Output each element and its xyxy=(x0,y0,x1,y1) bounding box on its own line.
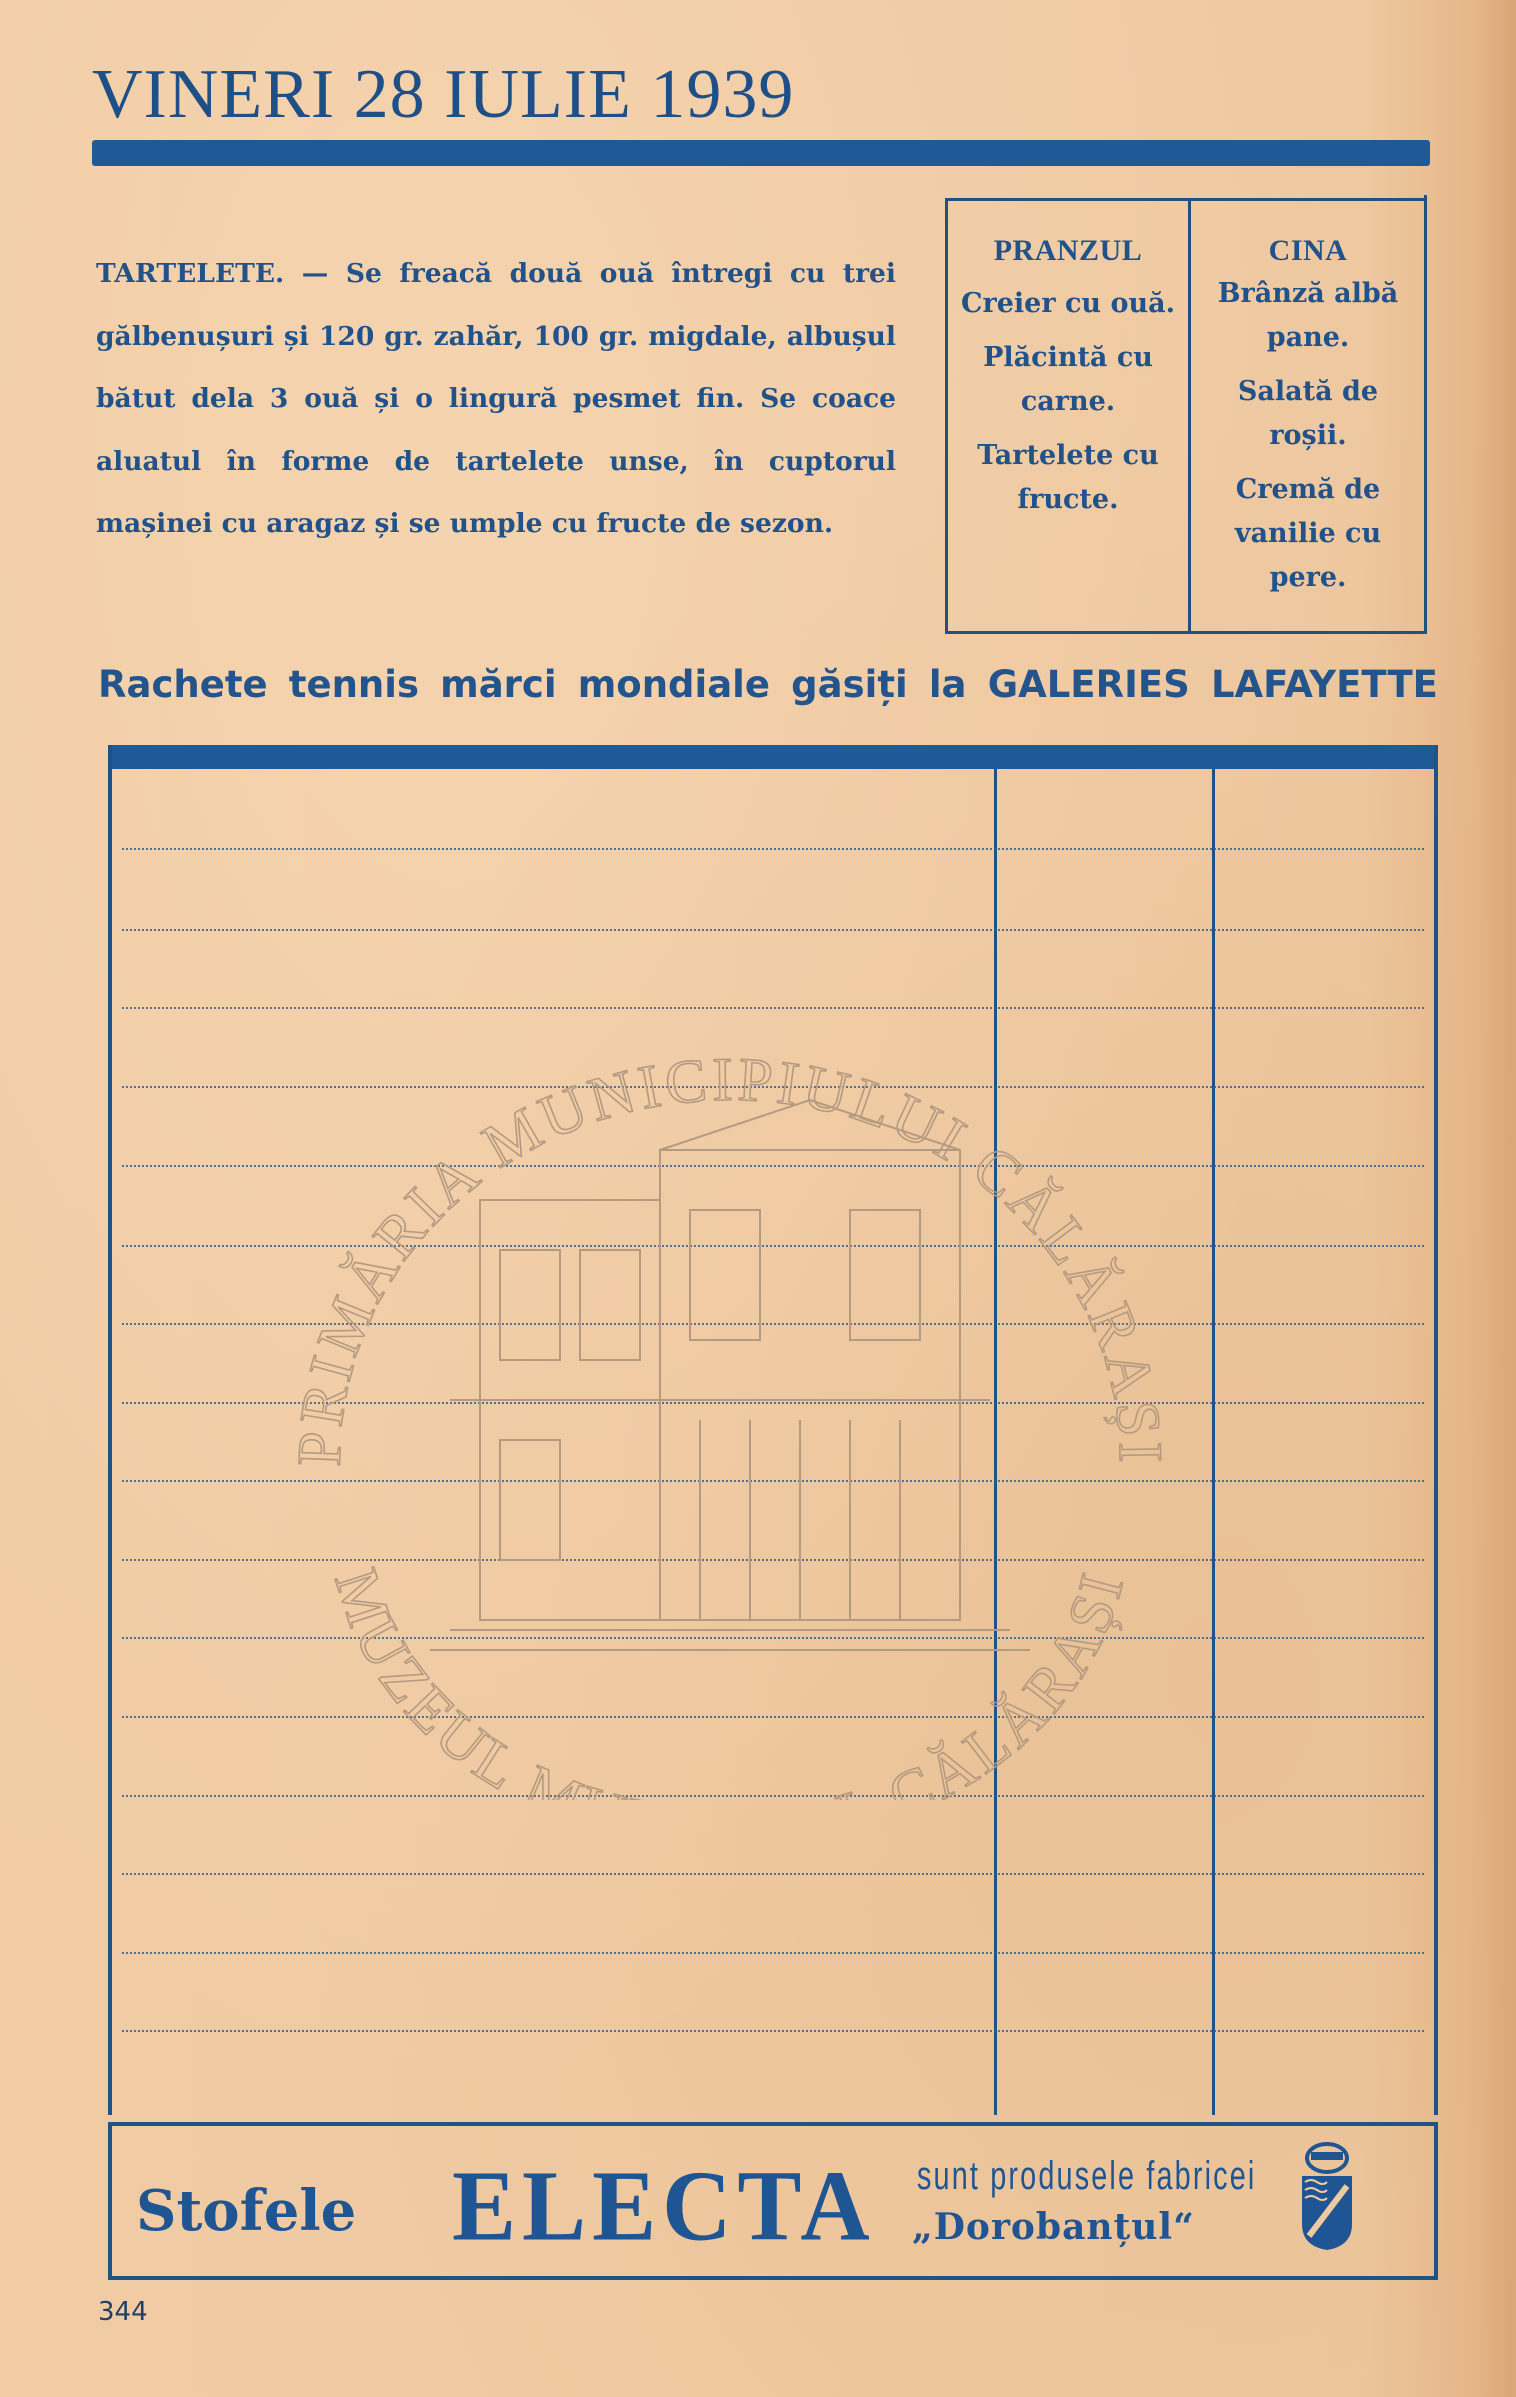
ad-word: mondiale xyxy=(578,663,770,706)
ad-brand-electa: ELECTA xyxy=(452,2147,876,2264)
ad-word: GALERIES xyxy=(988,663,1190,706)
seal-top-text: PRIMĂRIA MUNICIPIULUI CĂLĂRAȘI xyxy=(286,1046,1175,1468)
writing-line[interactable] xyxy=(122,848,1424,850)
ad-word: Rachete xyxy=(98,663,268,706)
menu-dinner-item: Brânză albă pane. xyxy=(1195,272,1421,360)
ad-word: găsiți xyxy=(791,663,908,706)
menu-lunch-item: Creier cu ouă. xyxy=(951,282,1185,326)
writing-line[interactable] xyxy=(122,1873,1424,1875)
ruled-table-header-bar xyxy=(112,745,1434,769)
column-divider xyxy=(1212,769,1215,2115)
page-number: 344 xyxy=(98,2297,148,2327)
galeries-lafayette-ad: Rachete tennis mărci mondiale găsiți la … xyxy=(98,663,1438,706)
menu-dinner-item: Cremă de vanilie cu pere. xyxy=(1195,468,1421,600)
menu-dinner-item: Salată de roșii. xyxy=(1195,370,1421,458)
menu-divider-left xyxy=(945,201,948,631)
ad-word: LAFAYETTE xyxy=(1211,663,1438,706)
menu-lunch-item: Plăcintă cu carne. xyxy=(951,336,1185,424)
menu-divider-right xyxy=(1424,195,1427,631)
recipe-text: TARTELETE. — Se freacă două ouă întregi … xyxy=(96,243,896,556)
menu-lunch-column: PRANZUL Creier cu ouă. Plăcintă cu carne… xyxy=(951,234,1185,532)
seal-bottom-text: MUZEUL MUNICIPAL CĂLĂRAȘI xyxy=(321,1561,1138,1800)
ad-factory-name: „Dorobanțul“ xyxy=(912,2206,1195,2248)
ad-tagline: sunt produsele fabricei xyxy=(917,2154,1256,2199)
menu-box: PRANZUL Creier cu ouă. Plăcintă cu carne… xyxy=(945,198,1427,634)
menu-dinner-column: CINA Brânză albă pane. Salată de roșii. … xyxy=(1195,234,1421,610)
ad-word: mărci xyxy=(440,663,556,706)
embossed-seal: PRIMĂRIA MUNICIPIULUI CĂLĂRAȘI MUZEUL MU… xyxy=(250,1040,1210,1800)
page-date-title: VINERI 28 IULIE 1939 xyxy=(92,55,794,135)
ad-word: tennis xyxy=(289,663,419,706)
ad-stofele-label: Stofele xyxy=(136,2178,356,2244)
menu-dinner-heading: CINA xyxy=(1195,234,1421,268)
menu-divider-middle xyxy=(1188,201,1191,631)
writing-line[interactable] xyxy=(122,1952,1424,1954)
writing-line[interactable] xyxy=(122,1007,1424,1009)
electa-ad-box: Stofele ELECTA sunt produsele fabricei „… xyxy=(108,2122,1438,2280)
menu-lunch-heading: PRANZUL xyxy=(951,234,1185,268)
title-underline-bar xyxy=(92,140,1430,166)
menu-lunch-item: Tartelete cu fructe. xyxy=(951,434,1185,522)
building-emboss-icon xyxy=(430,1100,1030,1650)
writing-line[interactable] xyxy=(122,929,1424,931)
ad-word: la xyxy=(929,663,967,706)
crest-logo-icon xyxy=(1297,2136,1357,2256)
writing-line[interactable] xyxy=(122,2030,1424,2032)
